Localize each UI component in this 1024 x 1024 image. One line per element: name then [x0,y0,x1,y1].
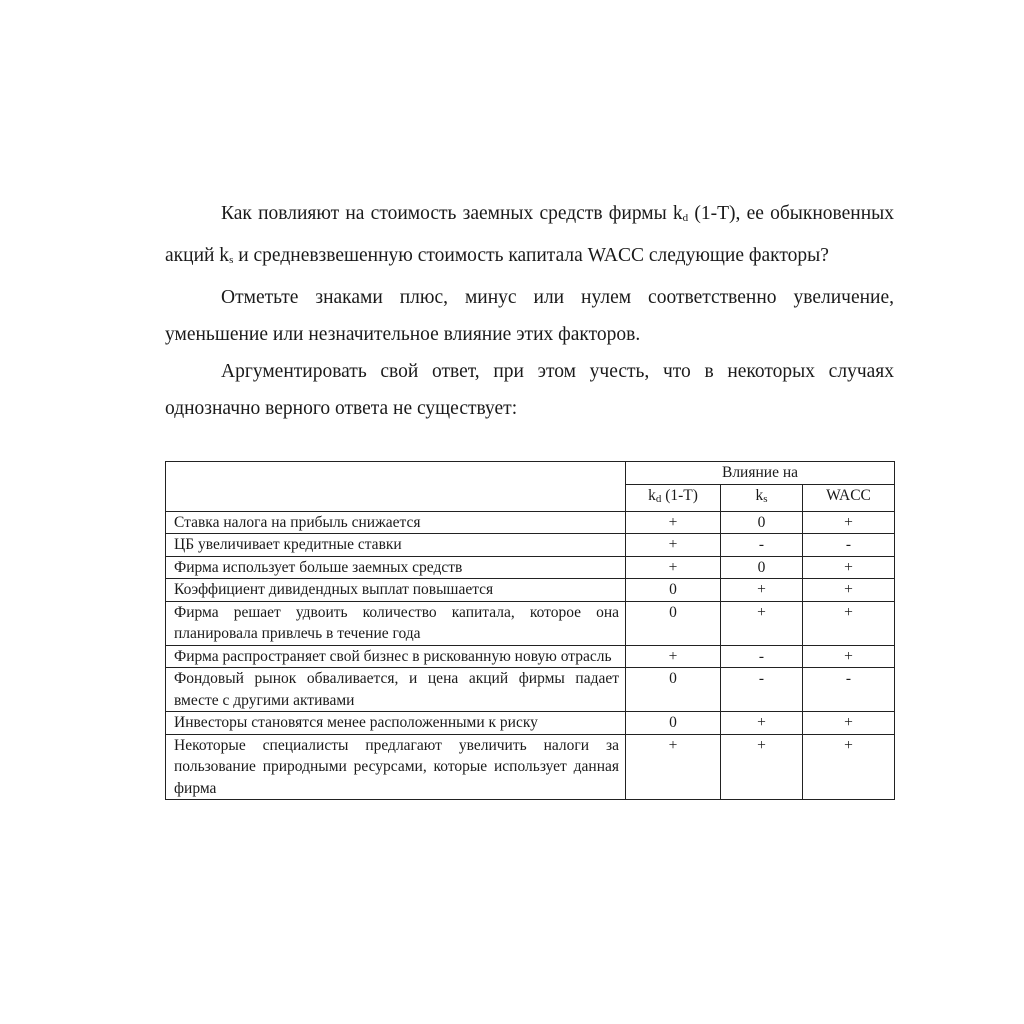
column-header-suffix: (1-T) [661,487,698,504]
column-header-2: WACC [803,485,895,512]
factor-header-cell [166,462,626,512]
effect-cell: + [721,734,803,800]
effect-cell: 0 [721,511,803,534]
effect-cell: - [721,645,803,668]
effect-cell: + [803,579,895,602]
effect-cell: + [626,534,721,557]
factor-cell: Коэффициент дивидендных выплат повышаетс… [166,579,626,602]
effect-cell: + [626,645,721,668]
effect-cell: + [626,511,721,534]
effect-cell: 0 [626,668,721,712]
question-text: Как повлияют на стоимость заемных средст… [165,195,894,427]
effect-cell: - [803,668,895,712]
factor-cell: Фирма использует больше заемных средств [166,556,626,579]
effect-cell: + [803,712,895,735]
paragraph-instruction: Отметьте знаками плюс, минус или нулем с… [165,279,894,353]
effect-cell: + [803,645,895,668]
table-row: Ставка налога на прибыль снижается+0+ [166,511,895,534]
column-header-subscript: s [763,493,767,505]
effect-cell: + [803,511,895,534]
effect-cell: 0 [626,712,721,735]
effect-cell: - [721,668,803,712]
factor-cell: Фирма распространяет свой бизнес в риско… [166,645,626,668]
table-row: Коэффициент дивидендных выплат повышаетс… [166,579,895,602]
factors-table: Влияние на kd (1-T)ksWACC Ставка налога … [165,461,895,800]
table-row: Фирма распространяет свой бизнес в риско… [166,645,895,668]
table-row: Фондовый рынок обваливается, и цена акци… [166,668,895,712]
effect-cell: 0 [626,579,721,602]
table-row: ЦБ увеличивает кредитные ставки+-- [166,534,895,557]
question-text-part: и средневзвешенную стоимость капитала WA… [233,245,829,266]
effect-cell: + [626,556,721,579]
effect-cell: + [721,579,803,602]
effect-cell: 0 [626,601,721,645]
table-row: Инвесторы становятся менее расположенным… [166,712,895,735]
table-row: Некоторые специалисты предлагают увеличи… [166,734,895,800]
effect-cell: + [626,734,721,800]
effect-cell: + [803,734,895,800]
effect-cell: + [721,601,803,645]
effect-cell: + [721,712,803,735]
column-header-base: WACC [826,487,871,504]
factor-cell: Фирма решает удвоить количество капитала… [166,601,626,645]
column-header-0: kd (1-T) [626,485,721,512]
table-row: Фирма использует больше заемных средств+… [166,556,895,579]
group-header: Влияние на [626,462,895,485]
paragraph-argument: Аргументировать свой ответ, при этом уче… [165,353,894,427]
table-row: Фирма решает удвоить количество капитала… [166,601,895,645]
factor-cell: Фондовый рынок обваливается, и цена акци… [166,668,626,712]
factor-cell: Некоторые специалисты предлагают увеличи… [166,734,626,800]
factor-cell: ЦБ увеличивает кредитные ставки [166,534,626,557]
column-header-base: k [648,487,656,504]
factor-cell: Инвесторы становятся менее расположенным… [166,712,626,735]
effect-cell: + [803,601,895,645]
paragraph-question: Как повлияют на стоимость заемных средст… [165,195,894,279]
question-text-part: Как повлияют на стоимость заемных средст… [221,203,683,224]
effect-cell: - [721,534,803,557]
effect-cell: 0 [721,556,803,579]
effect-cell: - [803,534,895,557]
effect-cell: + [803,556,895,579]
column-header-1: ks [721,485,803,512]
factor-cell: Ставка налога на прибыль снижается [166,511,626,534]
